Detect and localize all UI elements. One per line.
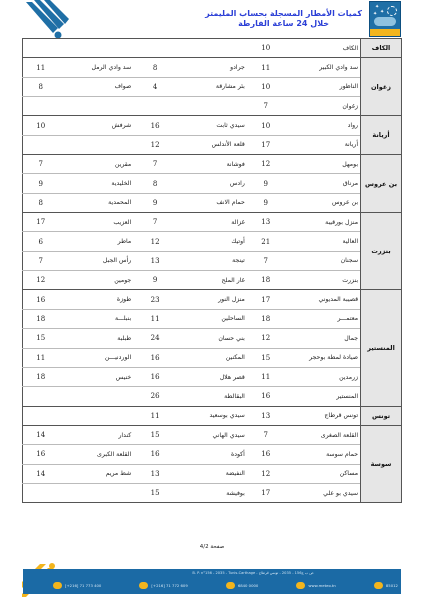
rainfall-value: 12 [247,329,285,348]
rainfall-value: 17 [247,290,285,309]
rainfall-value: 9 [247,174,285,193]
station-name: خنيس [58,367,133,386]
station-name: العالية [285,232,361,251]
station-name: بنزرت [285,271,361,290]
rainfall-value [23,483,59,502]
rainfall-value: 11 [23,348,59,367]
rainfall-value: 12 [133,232,177,251]
table-row: حمام سوسة16أكودة16القلعة الكبرى16 [23,445,402,464]
station-name: شرفش [58,116,133,135]
table-row: الكافالكاف10 [23,39,402,58]
page-number: صفحة 4/2 [0,544,424,550]
table-row: بن عروسبومهل12فوشانة7مقرين7 [23,155,402,174]
rainfall-value: 16 [247,445,285,464]
station-name: طبلبة [58,329,133,348]
station-name [58,97,133,116]
station-name: أكودة [177,445,247,464]
station-name: الوردنيـــن [58,348,133,367]
station-name [177,39,247,58]
rainfall-value: 9 [133,193,177,212]
station-name: النفيضة [177,464,247,483]
table-row: أريانة17قلعة الأندلس12 [23,135,402,154]
table-row: مساكن12النفيضة13شط مريم14 [23,464,402,483]
station-name: ماطر [58,232,133,251]
title-line-1: كميات الأمطار المسجلة بحساب المليمتر [205,9,362,19]
contact-web[interactable]: www.meteo.tn [296,582,335,589]
contact-web-link[interactable]: www.meteo.tn [308,583,335,588]
rainfall-value: 9 [133,271,177,290]
station-name: أوتيك [177,232,247,251]
contact-phone-text: [+216] 71 773 400 [65,583,101,588]
station-name: تونس قرطاج [285,406,361,425]
rainfall-value: 12 [133,135,177,154]
rainfall-value: 24 [133,329,177,348]
rainfall-value: 8 [133,174,177,193]
governorate-cell: الكاف [361,39,402,58]
station-name: سيدي بو علي [285,483,361,502]
title-line-2: خلال 24 ساعة الفارطة [205,19,362,29]
station-name: رأس الجبل [58,251,133,270]
contact-sms: 85012 [374,582,398,589]
rainfall-table: الكافالكاف10زغوانسد وادي الكبير11جرادو8س… [22,38,402,503]
rainfall-value: 11 [23,58,59,77]
station-name: بئر مشارقة [177,77,247,96]
rainfall-value: 13 [133,464,177,483]
table-row: زغوان7 [23,97,402,116]
rainfall-value: 8 [23,77,59,96]
table-row: زرمدين11قصر هلال16خنيس18 [23,367,402,386]
table-row: بنزرتمنزل بورقيبة13غزالة7العزيب17 [23,213,402,232]
station-name: الساحلين [177,309,247,328]
table-row: المنستير16البقالطة26 [23,387,402,406]
station-name: بني حسان [177,329,247,348]
station-name: جومين [58,271,133,290]
station-name: معتمـــر [285,309,361,328]
station-name: سيدي الهاني [177,425,247,444]
rainfall-value: 15 [247,348,285,367]
table-row: سوسةالقلعة الصغرى7سيدي الهاني15كندار14 [23,425,402,444]
station-name: منزل النور [177,290,247,309]
rainfall-value: 10 [247,77,285,96]
rainfall-value: 7 [133,155,177,174]
governorate-cell: بنزرت [361,213,402,290]
rainfall-value: 10 [247,116,285,135]
rainfall-value [23,135,59,154]
rainfall-value: 4 [133,77,177,96]
table-row: بنزرت18غار الملح9جومين12 [23,271,402,290]
station-name: الكاف [285,39,361,58]
rainfall-value [23,387,59,406]
governorate-cell: تونس [361,406,402,425]
station-name: صواف [58,77,133,96]
rainfall-value [133,39,177,58]
station-name [58,387,133,406]
table-row: معتمـــر18الساحلين11بنبلـــة18 [23,309,402,328]
rainfall-value: 15 [23,329,59,348]
station-name: قصيبة المديوني [285,290,361,309]
rainfall-value: 26 [133,387,177,406]
station-name: حمام سوسة [285,445,361,464]
station-name: غار الملح [177,271,247,290]
station-name: القلعة الكبرى [58,445,133,464]
station-name: بن عروس [285,193,361,212]
rainfall-value [23,97,59,116]
web-icon [296,582,305,589]
contact-fax-text: [+216] 71 772 609 [151,583,187,588]
sms-icon [374,582,383,589]
station-name: قلعة الأندلس [177,135,247,154]
station-name: حمام الانف [177,193,247,212]
station-name: تينجة [177,251,247,270]
rainfall-value: 11 [247,367,285,386]
station-name: الناظور [285,77,361,96]
footer-contacts: [+216] 71 773 400 [+216] 71 772 609 6840… [53,580,398,590]
station-name: زغوان [285,97,361,116]
table-row: سجنان7تينجة13رأس الجبل7 [23,251,402,270]
rainfall-value: 7 [23,155,59,174]
rainfall-value: 12 [247,155,285,174]
rainfall-value: 15 [133,483,177,502]
station-name: شط مريم [58,464,133,483]
table-row: المنستيرقصيبة المديوني17منزل النور23طوزة… [23,290,402,309]
station-name [58,39,133,58]
footer-band: B. P. n°156 - 2035 - Tunis-Carthage - ص … [23,569,401,594]
rainfall-value: 10 [23,116,59,135]
rainfall-value: 10 [247,39,285,58]
footer-address: B. P. n°156 - 2035 - Tunis-Carthage - ص … [113,571,393,575]
rainfall-value: 18 [247,271,285,290]
station-name: بومهل [285,155,361,174]
station-name: المحمدية [58,193,133,212]
rainfall-value: 16 [23,445,59,464]
rainfall-value: 16 [23,290,59,309]
station-name: مساكن [285,464,361,483]
fax-icon [139,582,148,589]
station-name: كندار [58,425,133,444]
station-name: جمال [285,329,361,348]
station-name: مقرين [58,155,133,174]
rainfall-value: 11 [133,309,177,328]
meteo-emblem-icon: ✦ ✦ ✦ [369,1,401,37]
station-name: سد وادي الكبير [285,58,361,77]
institution-logo-stripes-icon [22,0,72,40]
station-name: فوشانة [177,155,247,174]
rainfall-value: 23 [133,290,177,309]
station-name: منزل بورقيبة [285,213,361,232]
station-name: سجنان [285,251,361,270]
station-name: العزيب [58,213,133,232]
station-name: غزالة [177,213,247,232]
station-name: رادس [177,174,247,193]
rainfall-value: 7 [247,425,285,444]
rainfall-value: 7 [247,251,285,270]
rainfall-value: 17 [247,483,285,502]
station-name: المكنين [177,348,247,367]
rainfall-value: 16 [133,116,177,135]
call-icon [226,582,235,589]
station-name: القلعة الصغرى [285,425,361,444]
station-name: سيدي ثابت [177,116,247,135]
station-name: قصر هلال [177,367,247,386]
governorate-cell: أريانة [361,116,402,155]
station-name: مرناق [285,174,361,193]
rainfall-value: 13 [247,406,285,425]
rainfall-value: 6 [23,232,59,251]
rainfall-value [133,97,177,116]
governorate-cell: المنستير [361,290,402,406]
station-name: البقالطة [177,387,247,406]
rainfall-value: 8 [23,193,59,212]
rainfall-value: 9 [23,174,59,193]
governorate-cell: سوسة [361,425,402,502]
station-name: الخليدية [58,174,133,193]
station-name: سد وادي الرمل [58,58,133,77]
rainfall-value: 13 [133,251,177,270]
rainfall-value: 13 [247,213,285,232]
table-row: سيدي بو علي17بوفيشة15 [23,483,402,502]
station-name: المنستير [285,387,361,406]
rainfall-value [23,39,59,58]
station-name: أريانة [285,135,361,154]
table-row: بن عروس9حمام الانف9المحمدية8 [23,193,402,212]
page-title: كميات الأمطار المسجلة بحساب المليمتر خلا… [205,9,362,29]
rainfall-value: 18 [23,309,59,328]
station-name [58,135,133,154]
rainfall-value: 12 [23,271,59,290]
phone-icon [53,582,62,589]
station-name: بوفيشة [177,483,247,502]
contact-call: 6840 0000 [226,582,259,589]
rainfall-value: 7 [247,97,285,116]
station-name [177,97,247,116]
station-name: سيدي بوسعيد [177,406,247,425]
rainfall-value: 11 [133,406,177,425]
rainfall-value: 17 [23,213,59,232]
rainfall-value: 15 [133,425,177,444]
rainfall-value: 9 [247,193,285,212]
contact-sms-text: 85012 [386,583,398,588]
rainfall-value: 14 [23,425,59,444]
rainfall-value: 16 [133,367,177,386]
station-name: صيادة لمطة بوحجر [285,348,361,367]
contact-call-text: 6840 0000 [238,583,259,588]
rainfall-value: 16 [133,348,177,367]
contact-fax: [+216] 71 772 609 [139,582,187,589]
station-name [58,406,133,425]
table-row: الناظور10بئر مشارقة4صواف8 [23,77,402,96]
table-row: صيادة لمطة بوحجر15المكنين16الوردنيـــن11 [23,348,402,367]
rainfall-value: 12 [247,464,285,483]
table-row: العالية21أوتيك12ماطر6 [23,232,402,251]
rainfall-value: 18 [247,309,285,328]
table-row: زغوانسد وادي الكبير11جرادو8سد وادي الرمل… [23,58,402,77]
station-name: رواد [285,116,361,135]
rainfall-value: 17 [247,135,285,154]
governorate-cell: زغوان [361,58,402,116]
rainfall-value: 11 [247,58,285,77]
rainfall-value: 14 [23,464,59,483]
table-row: أريانةرواد10سيدي ثابت16شرفش10 [23,116,402,135]
rainfall-value: 16 [133,445,177,464]
rainfall-value: 7 [133,213,177,232]
rainfall-value: 16 [247,387,285,406]
station-name: جرادو [177,58,247,77]
table-row: جمال12بني حسان24طبلبة15 [23,329,402,348]
table-row: مرناق9رادس8الخليدية9 [23,174,402,193]
rainfall-value [23,406,59,425]
station-name [58,483,133,502]
rainfall-value: 8 [133,58,177,77]
station-name: طوزة [58,290,133,309]
table-row: تونستونس قرطاج13سيدي بوسعيد11 [23,406,402,425]
rainfall-value: 7 [23,251,59,270]
rainfall-value: 21 [247,232,285,251]
rainfall-value: 18 [23,367,59,386]
governorate-cell: بن عروس [361,155,402,213]
station-name: بنبلـــة [58,309,133,328]
station-name: زرمدين [285,367,361,386]
contact-phone: [+216] 71 773 400 [53,582,101,589]
